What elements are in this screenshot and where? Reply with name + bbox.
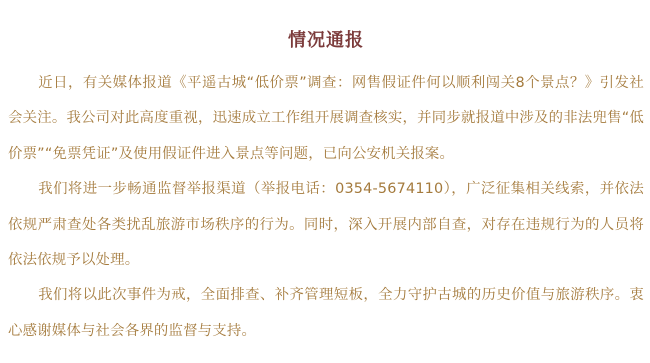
document-title: 情况通报: [8, 28, 644, 54]
paragraph-closing: 我们将以此次事件为戒，全面排查、补齐管理短板，全力守护古城的历史价值与旅游秩序。…: [8, 278, 644, 349]
notice-document: 情况通报 近日，有关媒体报道《平遥古城“低价票”调查：网售假证件何以顺利闯关8个…: [8, 28, 644, 349]
paragraph-incident: 近日，有关媒体报道《平遥古城“低价票”调查：网售假证件何以顺利闯关8个景点？》引…: [8, 66, 644, 172]
paragraph-reporting-channel: 我们将进一步畅通监督举报渠道（举报电话：0354-5674110），广泛征集相关…: [8, 172, 644, 278]
